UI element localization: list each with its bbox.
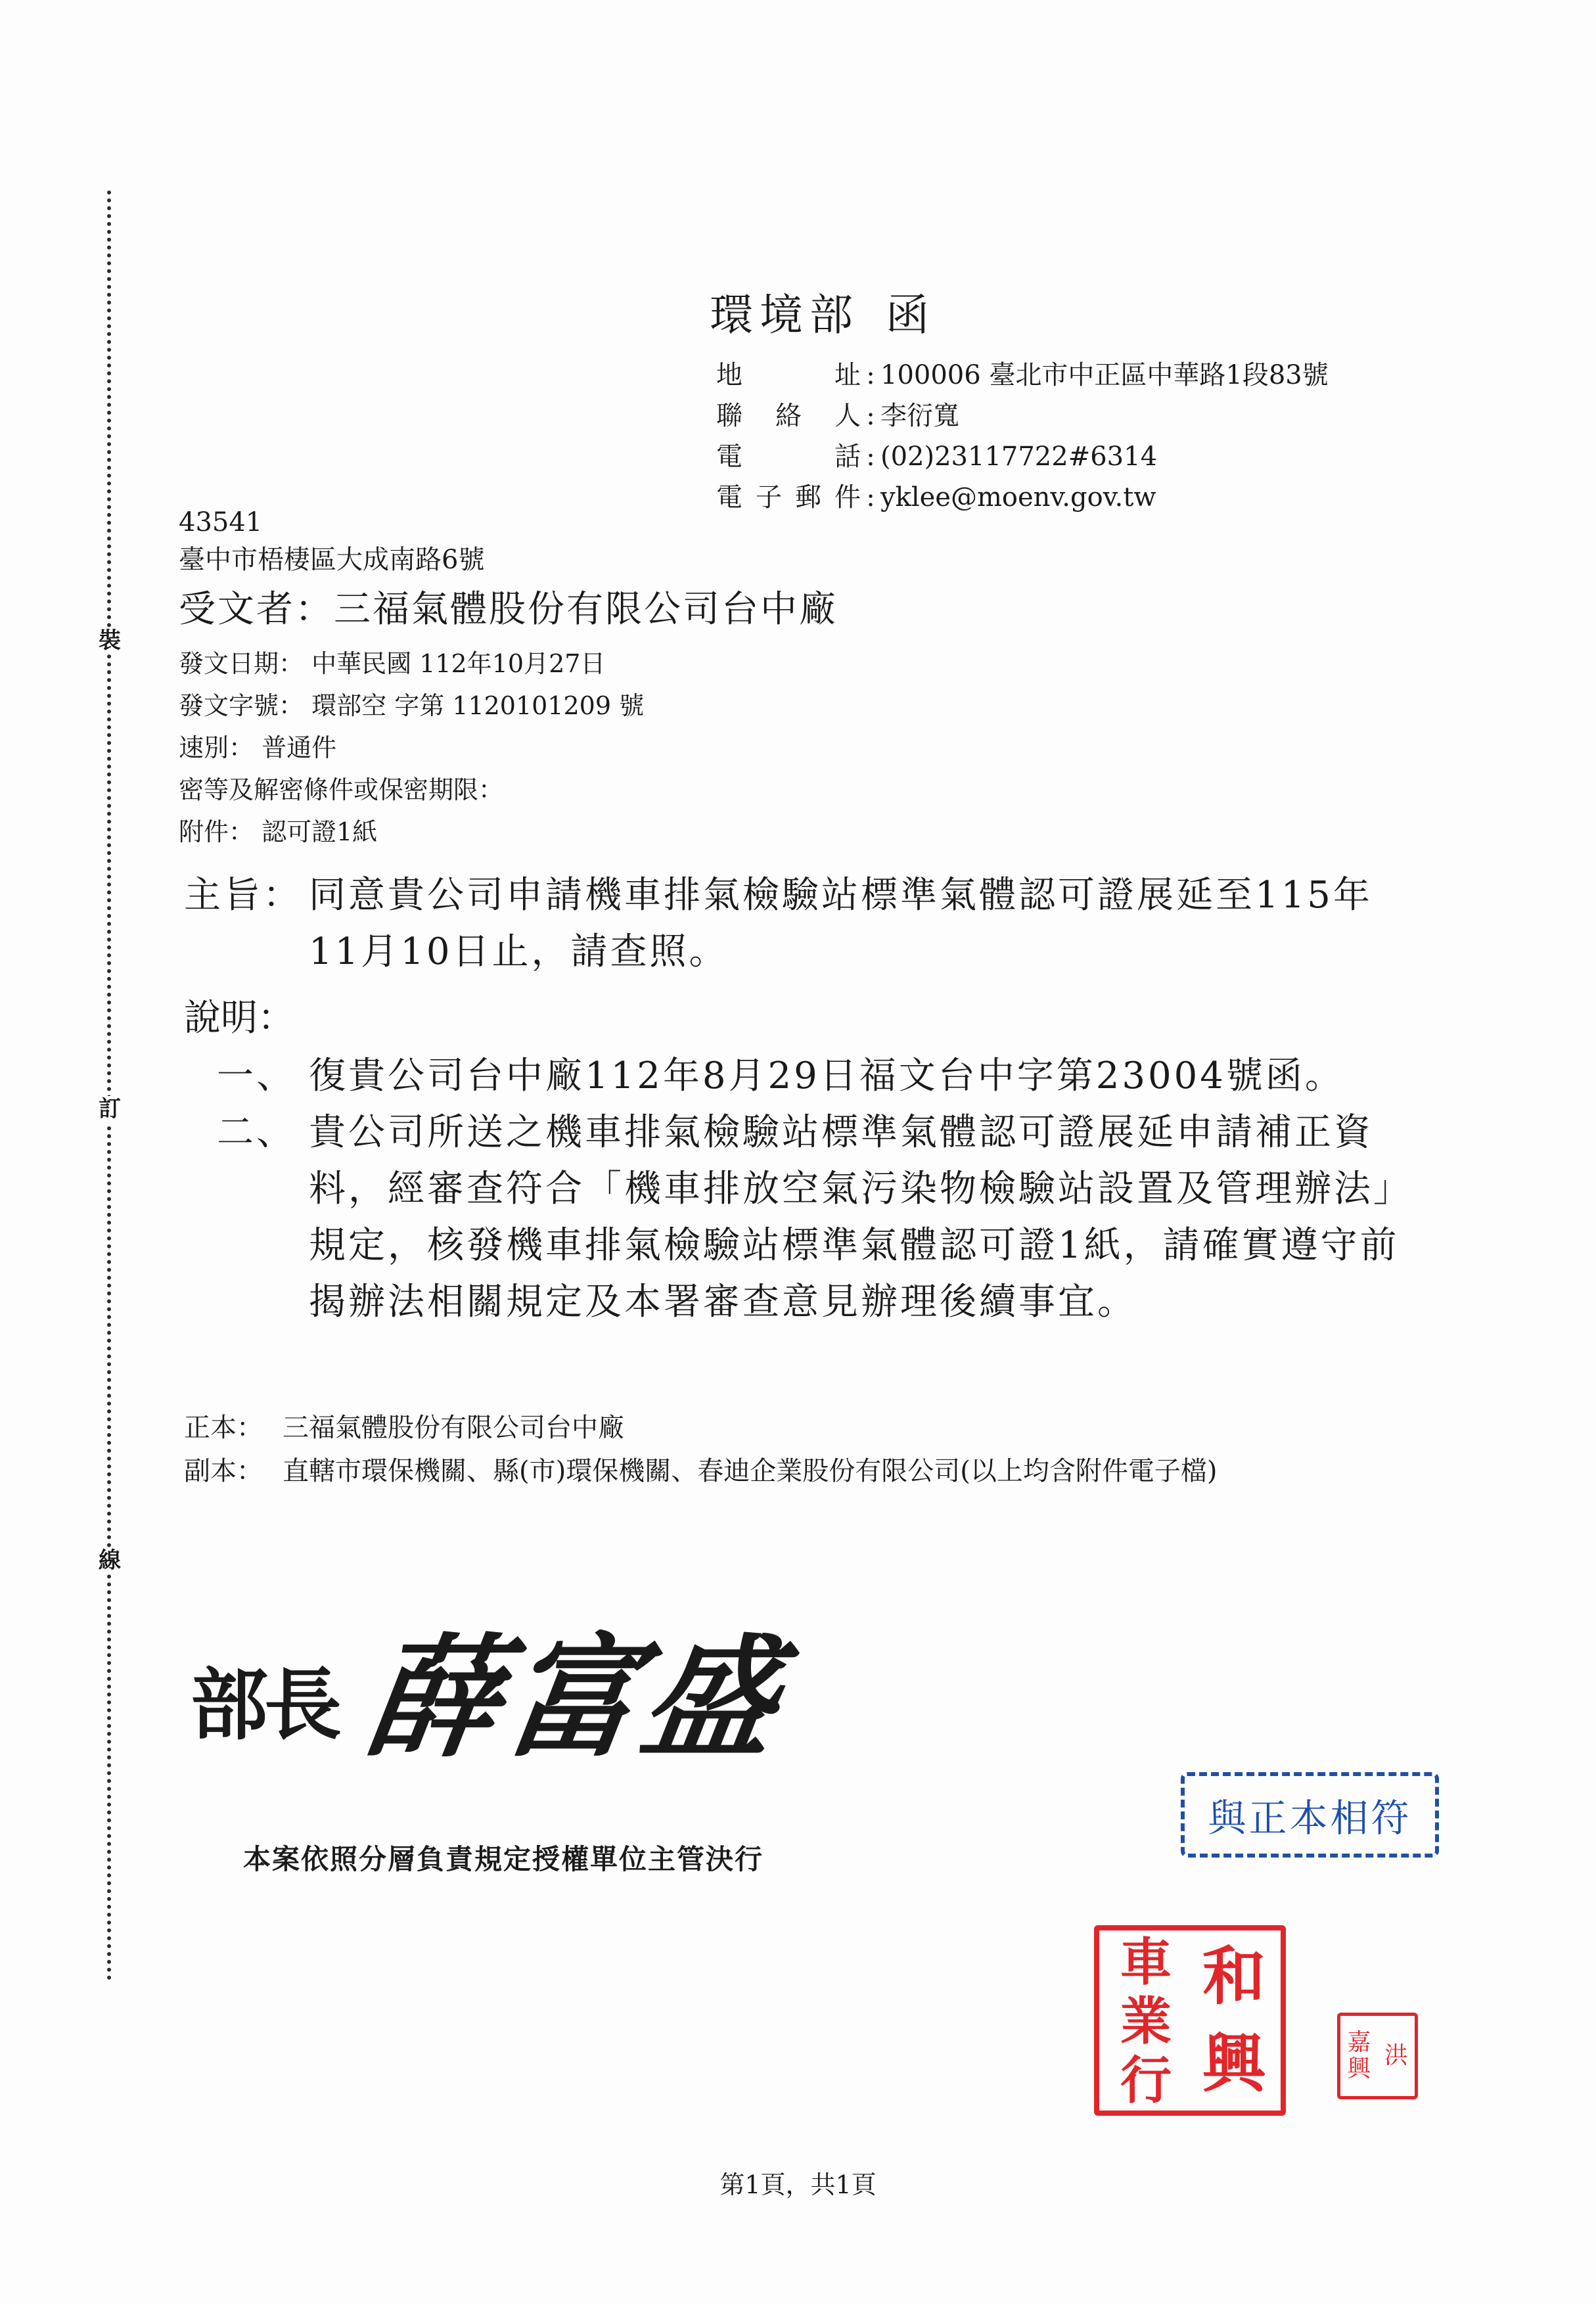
delegation-note: 本案依照分層負責規定授權單位主管決行 [243, 1841, 764, 1878]
agency-name: 環境部 [710, 290, 859, 340]
copy-text: 三福氣體股份有限公司台中廠 [283, 1406, 1419, 1449]
explanation-list: 一、 復貴公司台中廠112年8月29日福文台中字第23004號函。 二、 貴公司… [217, 1048, 1419, 1331]
recipient-name: 三福氣體股份有限公司台中廠 [334, 588, 838, 631]
meta-label: 附件： [179, 817, 254, 846]
original-recipient-row: 正本： 三福氣體股份有限公司台中廠 [184, 1406, 1419, 1449]
sender-email-value: yklee@moenv.gov.tw [880, 477, 1156, 518]
sender-info: 地 址 : 100006 臺北市中正區中華路1段83號 聯 絡 人 : 李衍寬 … [716, 355, 1329, 518]
label-char: 電 [716, 436, 742, 477]
sender-contact-value: 李衍寬 [880, 396, 959, 436]
meta-value: 中華民國 112年10月27日 [311, 649, 605, 678]
sender-address-row: 地 址 : 100006 臺北市中正區中華路1段83號 [716, 355, 1329, 396]
meta-doc-number: 發文字號： 環部空 字第 1120101209 號 [179, 685, 644, 727]
explanation-item: 一、 復貴公司台中廠112年8月29日福文台中字第23004號函。 [217, 1048, 1419, 1105]
item-text: 復貴公司台中廠112年8月29日福文台中字第23004號函。 [309, 1048, 1419, 1105]
signature-name: 薛富盛 [357, 1623, 792, 1774]
meta-label: 發文日期： [179, 649, 304, 678]
meta-issue-date: 發文日期： 中華民國 112年10月27日 [179, 643, 644, 685]
cc-recipient-row: 副本： 直轄市環保機關、縣(市)環保機關、春迪企業股份有限公司(以上均含附件電子… [184, 1449, 1419, 1493]
seal-left-column: 車 業 行 [1102, 1933, 1190, 2108]
meta-attachment: 附件： 認可證1紙 [179, 811, 644, 853]
seal-char: 洪 [1384, 2043, 1408, 2069]
meta-value: 環部空 字第 1120101209 號 [311, 691, 644, 720]
seal-char: 興 [1202, 2034, 1265, 2093]
recipient-label: 受文者： [179, 588, 334, 631]
subject-section: 主旨： 同意貴公司申請機車排氣檢驗站標準氣體認可證展延至115年11月10日止，… [184, 867, 1413, 980]
meta-label: 發文字號： [179, 691, 304, 720]
label-char: 話 [834, 436, 861, 477]
explanation-item: 二、 貴公司所送之機車排氣檢驗站標準氣體認可證展延申請補正資料，經審查符合「機車… [217, 1105, 1419, 1331]
seal-char: 興 [1347, 2056, 1371, 2082]
sender-email-row: 電 子 郵 件 : yklee@moenv.gov.tw [716, 477, 1329, 518]
item-text: 貴公司所送之機車排氣檢驗站標準氣體認可證展延申請補正資料，經審查符合「機車排放空… [309, 1105, 1419, 1331]
meta-label: 密等及解密條件或保密期限： [179, 775, 503, 804]
colon: : [861, 396, 880, 436]
copy-label: 副本： [184, 1449, 283, 1493]
binding-label-ding: 訂 [93, 1096, 126, 1122]
page-number: 第1頁，共1頁 [0, 2168, 1596, 2201]
meta-priority: 速別： 普通件 [179, 727, 644, 769]
label-char: 絡 [775, 396, 802, 436]
sender-address-value: 100006 臺北市中正區中華路1段83號 [880, 355, 1329, 396]
seal-left-column: 嘉 興 [1347, 2030, 1371, 2082]
seal-char: 車 [1120, 1933, 1172, 1992]
label-char: 郵 [795, 477, 821, 518]
label-char: 件 [834, 477, 861, 518]
colon: : [861, 477, 880, 518]
label-char: 人 [834, 396, 861, 436]
binding-label-zhuang: 裝 [93, 628, 126, 654]
recipient-line: 受文者：三福氣體股份有限公司台中廠 [179, 583, 838, 636]
sender-address-label: 地 址 [716, 355, 861, 396]
sender-phone-value: (02)23117722#6314 [880, 436, 1157, 477]
meta-value: 普通件 [262, 733, 336, 762]
label-char: 電 [716, 477, 742, 518]
subject-label: 主旨： [184, 867, 309, 980]
sender-contact-row: 聯 絡 人 : 李衍寬 [716, 396, 1329, 436]
meta-value: 認可證1紙 [262, 817, 377, 846]
recipient-postal-code: 43541 [179, 506, 262, 539]
seal-char: 行 [1120, 2051, 1172, 2111]
seal-char: 業 [1120, 1992, 1172, 2051]
item-number: 一、 [217, 1048, 309, 1105]
subject-text: 同意貴公司申請機車排氣檢驗站標準氣體認可證展延至115年11月10日止，請查照。 [309, 867, 1413, 980]
distribution-list: 正本： 三福氣體股份有限公司台中廠 副本： 直轄市環保機關、縣(市)環保機關、春… [184, 1406, 1419, 1493]
sender-email-label: 電 子 郵 件 [716, 477, 861, 518]
label-char: 地 [716, 355, 742, 396]
meta-classification: 密等及解密條件或保密期限： [179, 769, 644, 811]
document-title: 環境部函 [710, 289, 936, 342]
colon: : [861, 436, 880, 477]
sender-phone-label: 電 話 [716, 436, 861, 477]
copy-label: 正本： [184, 1406, 283, 1449]
explanation-label: 說明： [184, 992, 294, 1045]
item-number: 二、 [217, 1105, 309, 1331]
personal-seal: 洪 嘉 興 [1337, 2013, 1418, 2099]
seal-right-column: 和 興 [1190, 1933, 1278, 2108]
label-char: 子 [756, 477, 782, 518]
seal-right-column: 洪 [1384, 2043, 1408, 2069]
binding-line [107, 191, 111, 1981]
document-meta: 發文日期： 中華民國 112年10月27日 發文字號： 環部空 字第 11201… [179, 643, 644, 853]
recipient-address: 臺中市梧棲區大成南路6號 [179, 542, 484, 578]
signature-title: 部長 [191, 1662, 338, 1748]
seal-char: 嘉 [1347, 2030, 1371, 2056]
certified-copy-stamp: 與正本相符 [1181, 1772, 1439, 1858]
sender-contact-label: 聯 絡 人 [716, 396, 861, 436]
seal-char: 和 [1202, 1947, 1265, 2006]
company-seal: 車 業 行 和 興 [1094, 1925, 1286, 2116]
copy-text: 直轄市環保機關、縣(市)環保機關、春迪企業股份有限公司(以上均含附件電子檔) [283, 1449, 1419, 1493]
meta-label: 速別： [179, 733, 254, 762]
sender-phone-row: 電 話 : (02)23117722#6314 [716, 436, 1329, 477]
label-char: 聯 [716, 396, 742, 436]
binding-label-xian: 線 [93, 1547, 126, 1574]
document-type: 函 [886, 290, 936, 340]
colon: : [861, 355, 880, 396]
label-char: 址 [834, 355, 861, 396]
